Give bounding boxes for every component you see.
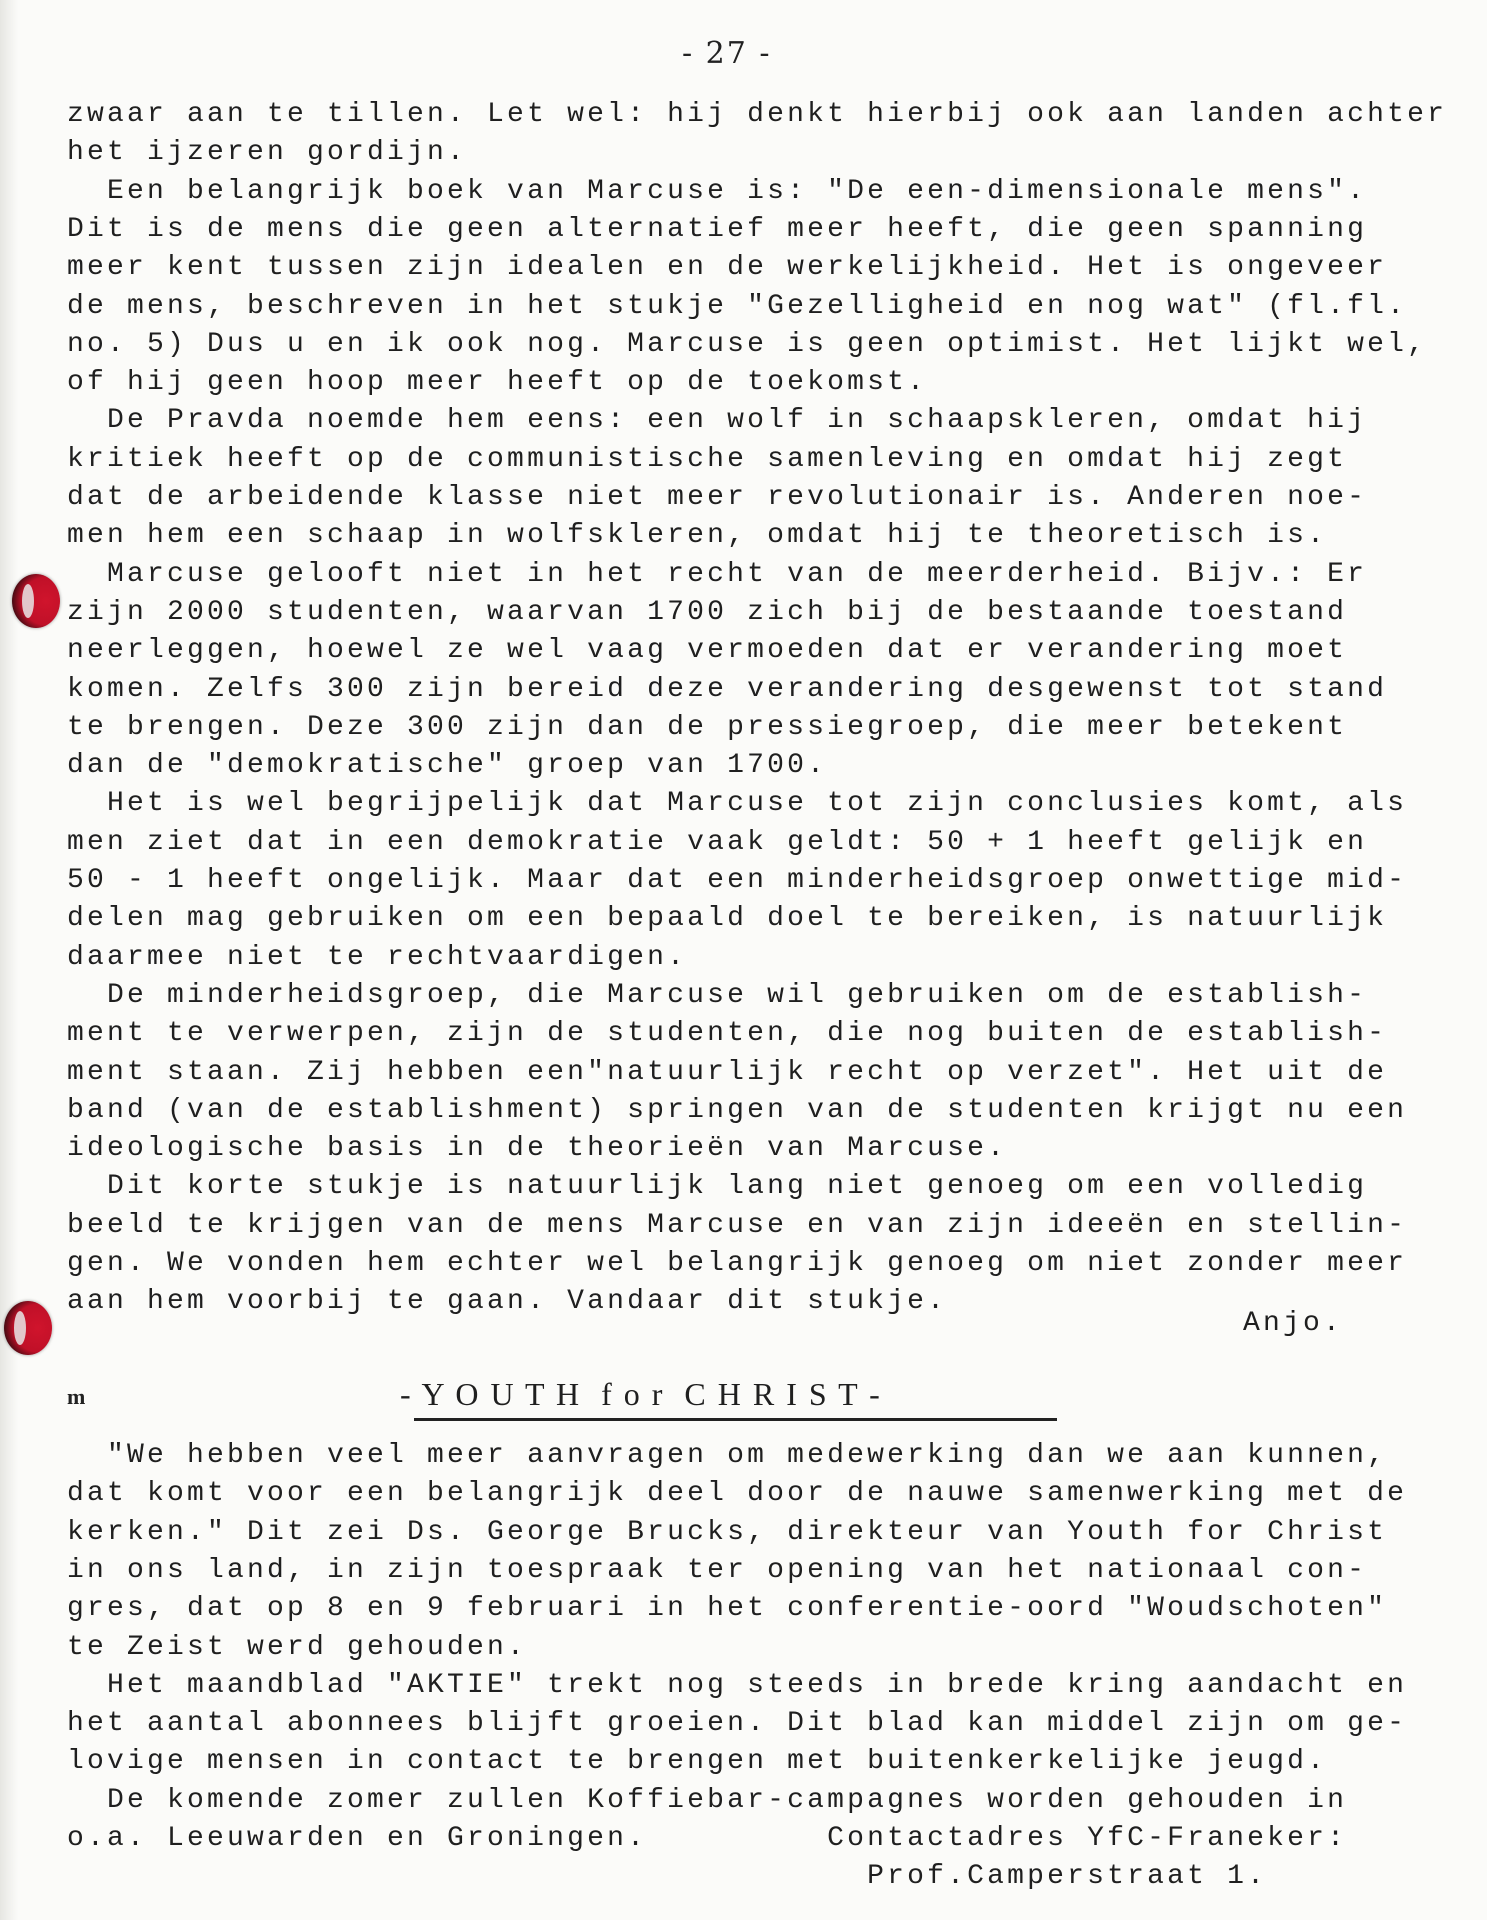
text-line: De minderheidsgroep, die Marcuse wil geb…	[67, 977, 1367, 1015]
text-line: neerleggen, hoewel ze wel vaag vermoeden…	[67, 632, 1347, 670]
text-line: De Pravda noemde hem eens: een wolf in s…	[67, 402, 1367, 440]
text-line: men hem een schaap in wolfskleren, omdat…	[67, 517, 1327, 555]
page-number: - 27 -	[682, 36, 772, 71]
text-line: o.a. Leeuwarden en Groningen. Contactadr…	[67, 1820, 1347, 1858]
text-line: dat komt voor een belangrijk deel door d…	[67, 1475, 1407, 1513]
text-line: Prof.Camperstraat 1.	[67, 1858, 1267, 1896]
text-line: band (van de establishment) springen van…	[67, 1092, 1407, 1130]
section-title-youth-for-christ: - Y O U T H f o r C H R I S T -	[400, 1376, 882, 1413]
text-line: aan hem voorbij te gaan. Vandaar dit stu…	[67, 1283, 947, 1321]
text-line: ment staan. Zij hebben een"natuurlijk re…	[67, 1054, 1387, 1092]
text-line: daarmee niet te rechtvaardigen.	[67, 939, 687, 977]
page-edge-shadow	[0, 0, 18, 1920]
text-line: Het maandblad "AKTIE" trekt nog steeds i…	[67, 1667, 1407, 1705]
text-line: Dit korte stukje is natuurlijk lang niet…	[67, 1168, 1367, 1206]
text-line: lovige mensen in contact te brengen met …	[67, 1743, 1327, 1781]
text-line: 50 - 1 heeft ongelijk. Maar dat een mind…	[67, 862, 1407, 900]
text-line: te brengen. Deze 300 zijn dan de pressie…	[67, 709, 1347, 747]
punch-hole-icon	[4, 1301, 52, 1355]
text-line: te Zeist werd gehouden.	[67, 1629, 527, 1667]
text-line: Het is wel begrijpelijk dat Marcuse tot …	[67, 785, 1407, 823]
text-line: meer kent tussen zijn idealen en de werk…	[67, 249, 1387, 287]
margin-mark: m	[67, 1384, 85, 1410]
text-line: delen mag gebruiken om een bepaald doel …	[67, 900, 1387, 938]
text-line: kritiek heeft op de communistische samen…	[67, 441, 1347, 479]
text-line: dat de arbeidende klasse niet meer revol…	[67, 479, 1367, 517]
text-line: no. 5) Dus u en ik ook nog. Marcuse is g…	[67, 326, 1427, 364]
text-line: gen. We vonden hem echter wel belangrijk…	[67, 1245, 1407, 1283]
text-line: de mens, beschreven in het stukje "Gezel…	[67, 288, 1407, 326]
text-line: gres, dat op 8 en 9 februari in het conf…	[67, 1590, 1387, 1628]
text-line: Een belangrijk boek van Marcuse is: "De …	[67, 173, 1367, 211]
text-line: komen. Zelfs 300 zijn bereid deze verand…	[67, 671, 1387, 709]
title-underline	[414, 1418, 1057, 1421]
text-line: beeld te krijgen van de mens Marcuse en …	[67, 1207, 1407, 1245]
text-line: zijn 2000 studenten, waarvan 1700 zich b…	[67, 594, 1347, 632]
text-line: kerken." Dit zei Ds. George Brucks, dire…	[67, 1514, 1387, 1552]
text-line: Marcuse gelooft niet in het recht van de…	[67, 556, 1367, 594]
text-line: het aantal abonnees blijft groeien. Dit …	[67, 1705, 1407, 1743]
text-line: zwaar aan te tillen. Let wel: hij denkt …	[67, 96, 1447, 134]
text-line: ideologische basis in de theorieën van M…	[67, 1130, 1007, 1168]
punch-hole-icon	[12, 574, 60, 628]
text-line: De komende zomer zullen Koffiebar-campag…	[67, 1782, 1347, 1820]
text-line: men ziet dat in een demokratie vaak geld…	[67, 824, 1367, 862]
text-line: dan de "demokratische" groep van 1700.	[67, 747, 827, 785]
article-author: Anjo.	[1243, 1305, 1343, 1343]
text-line: in ons land, in zijn toespraak ter openi…	[67, 1552, 1367, 1590]
text-line: Dit is de mens die geen alternatief meer…	[67, 211, 1367, 249]
text-line: "We hebben veel meer aanvragen om medewe…	[67, 1437, 1387, 1475]
text-line: het ijzeren gordijn.	[67, 134, 467, 172]
text-line: of hij geen hoop meer heeft op de toekom…	[67, 364, 927, 402]
text-line: ment te verwerpen, zijn de studenten, di…	[67, 1015, 1387, 1053]
